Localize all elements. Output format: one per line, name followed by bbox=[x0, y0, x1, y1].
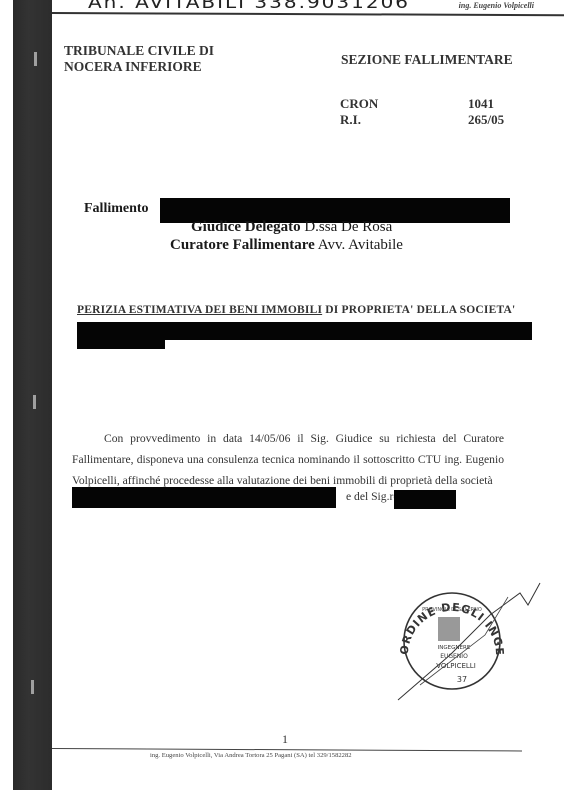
cron-value: 1041 bbox=[468, 96, 510, 112]
stamp-line-3: VOLPICELLI bbox=[436, 662, 476, 670]
ri-value: 265/05 bbox=[468, 112, 510, 128]
footer-address: ing. Eugenio Volpicelli, Via Andrea Tort… bbox=[150, 752, 352, 759]
stamp-number: 37 bbox=[457, 675, 467, 684]
strip-mark bbox=[31, 680, 34, 694]
signature-icon bbox=[398, 583, 540, 700]
court-line-1: TRIBUNALE CIVILE DI bbox=[64, 43, 214, 59]
handwritten-note: An. AVITABILI 338.9031206 bbox=[88, 0, 410, 12]
strip-mark bbox=[34, 52, 37, 66]
ri-row: R.I. 265/05 bbox=[340, 112, 510, 128]
stamp-province: PROVINCIA DI SALERNO bbox=[422, 607, 482, 613]
title-rest: DI PROPRIETA' DELLA SOCIETA' bbox=[322, 304, 515, 316]
case-numbers: CRON 1041 R.I. 265/05 bbox=[340, 96, 510, 128]
stamp-emblem-icon bbox=[438, 617, 460, 641]
giudice-label: Giudice Delegato bbox=[191, 219, 301, 235]
curatore-label: Curatore Fallimentare bbox=[170, 237, 315, 253]
engineer-stamp: ORDINE DEGLI INGEGNERI PROVINCIA DI SALE… bbox=[390, 575, 550, 705]
paragraph-text: Con provvedimento in data 14/05/06 il Si… bbox=[72, 428, 504, 491]
ri-label: R.I. bbox=[340, 112, 361, 128]
title-underlined: PERIZIA ESTIMATIVA DEI BENI IMMOBILI bbox=[77, 304, 322, 316]
document-title: PERIZIA ESTIMATIVA DEI BENI IMMOBILI DI … bbox=[77, 304, 515, 316]
scan-edge-strip bbox=[13, 0, 52, 790]
footer-rule bbox=[52, 748, 522, 751]
header-author: ing. Eugenio Volpicelli bbox=[459, 1, 534, 10]
court-line-2: NOCERA INFERIORE bbox=[64, 59, 214, 75]
court-name: TRIBUNALE CIVILE DI NOCERA INFERIORE bbox=[64, 43, 214, 75]
redaction-bar bbox=[77, 322, 165, 349]
curatore-name: Avv. Avitabile bbox=[318, 237, 403, 253]
section-title: SEZIONE FALLIMENTARE bbox=[341, 52, 513, 68]
page-number: 1 bbox=[282, 732, 288, 747]
paragraph-tail: e del Sig.re bbox=[346, 490, 398, 503]
cron-label: CRON bbox=[340, 96, 378, 112]
giudice-name: D.ssa De Rosa bbox=[304, 219, 392, 235]
redaction-bar bbox=[394, 490, 456, 509]
strip-mark bbox=[33, 395, 36, 409]
header-rule bbox=[52, 12, 564, 16]
cron-row: CRON 1041 bbox=[340, 96, 510, 112]
fallimento-label: Fallimento bbox=[84, 201, 149, 217]
body-paragraph: Con provvedimento in data 14/05/06 il Si… bbox=[72, 428, 504, 491]
giudice-line: Giudice Delegato D.ssa De Rosa bbox=[191, 219, 392, 236]
curatore-line: Curatore Fallimentare Avv. Avitabile bbox=[170, 237, 403, 254]
redaction-bar bbox=[72, 487, 336, 508]
